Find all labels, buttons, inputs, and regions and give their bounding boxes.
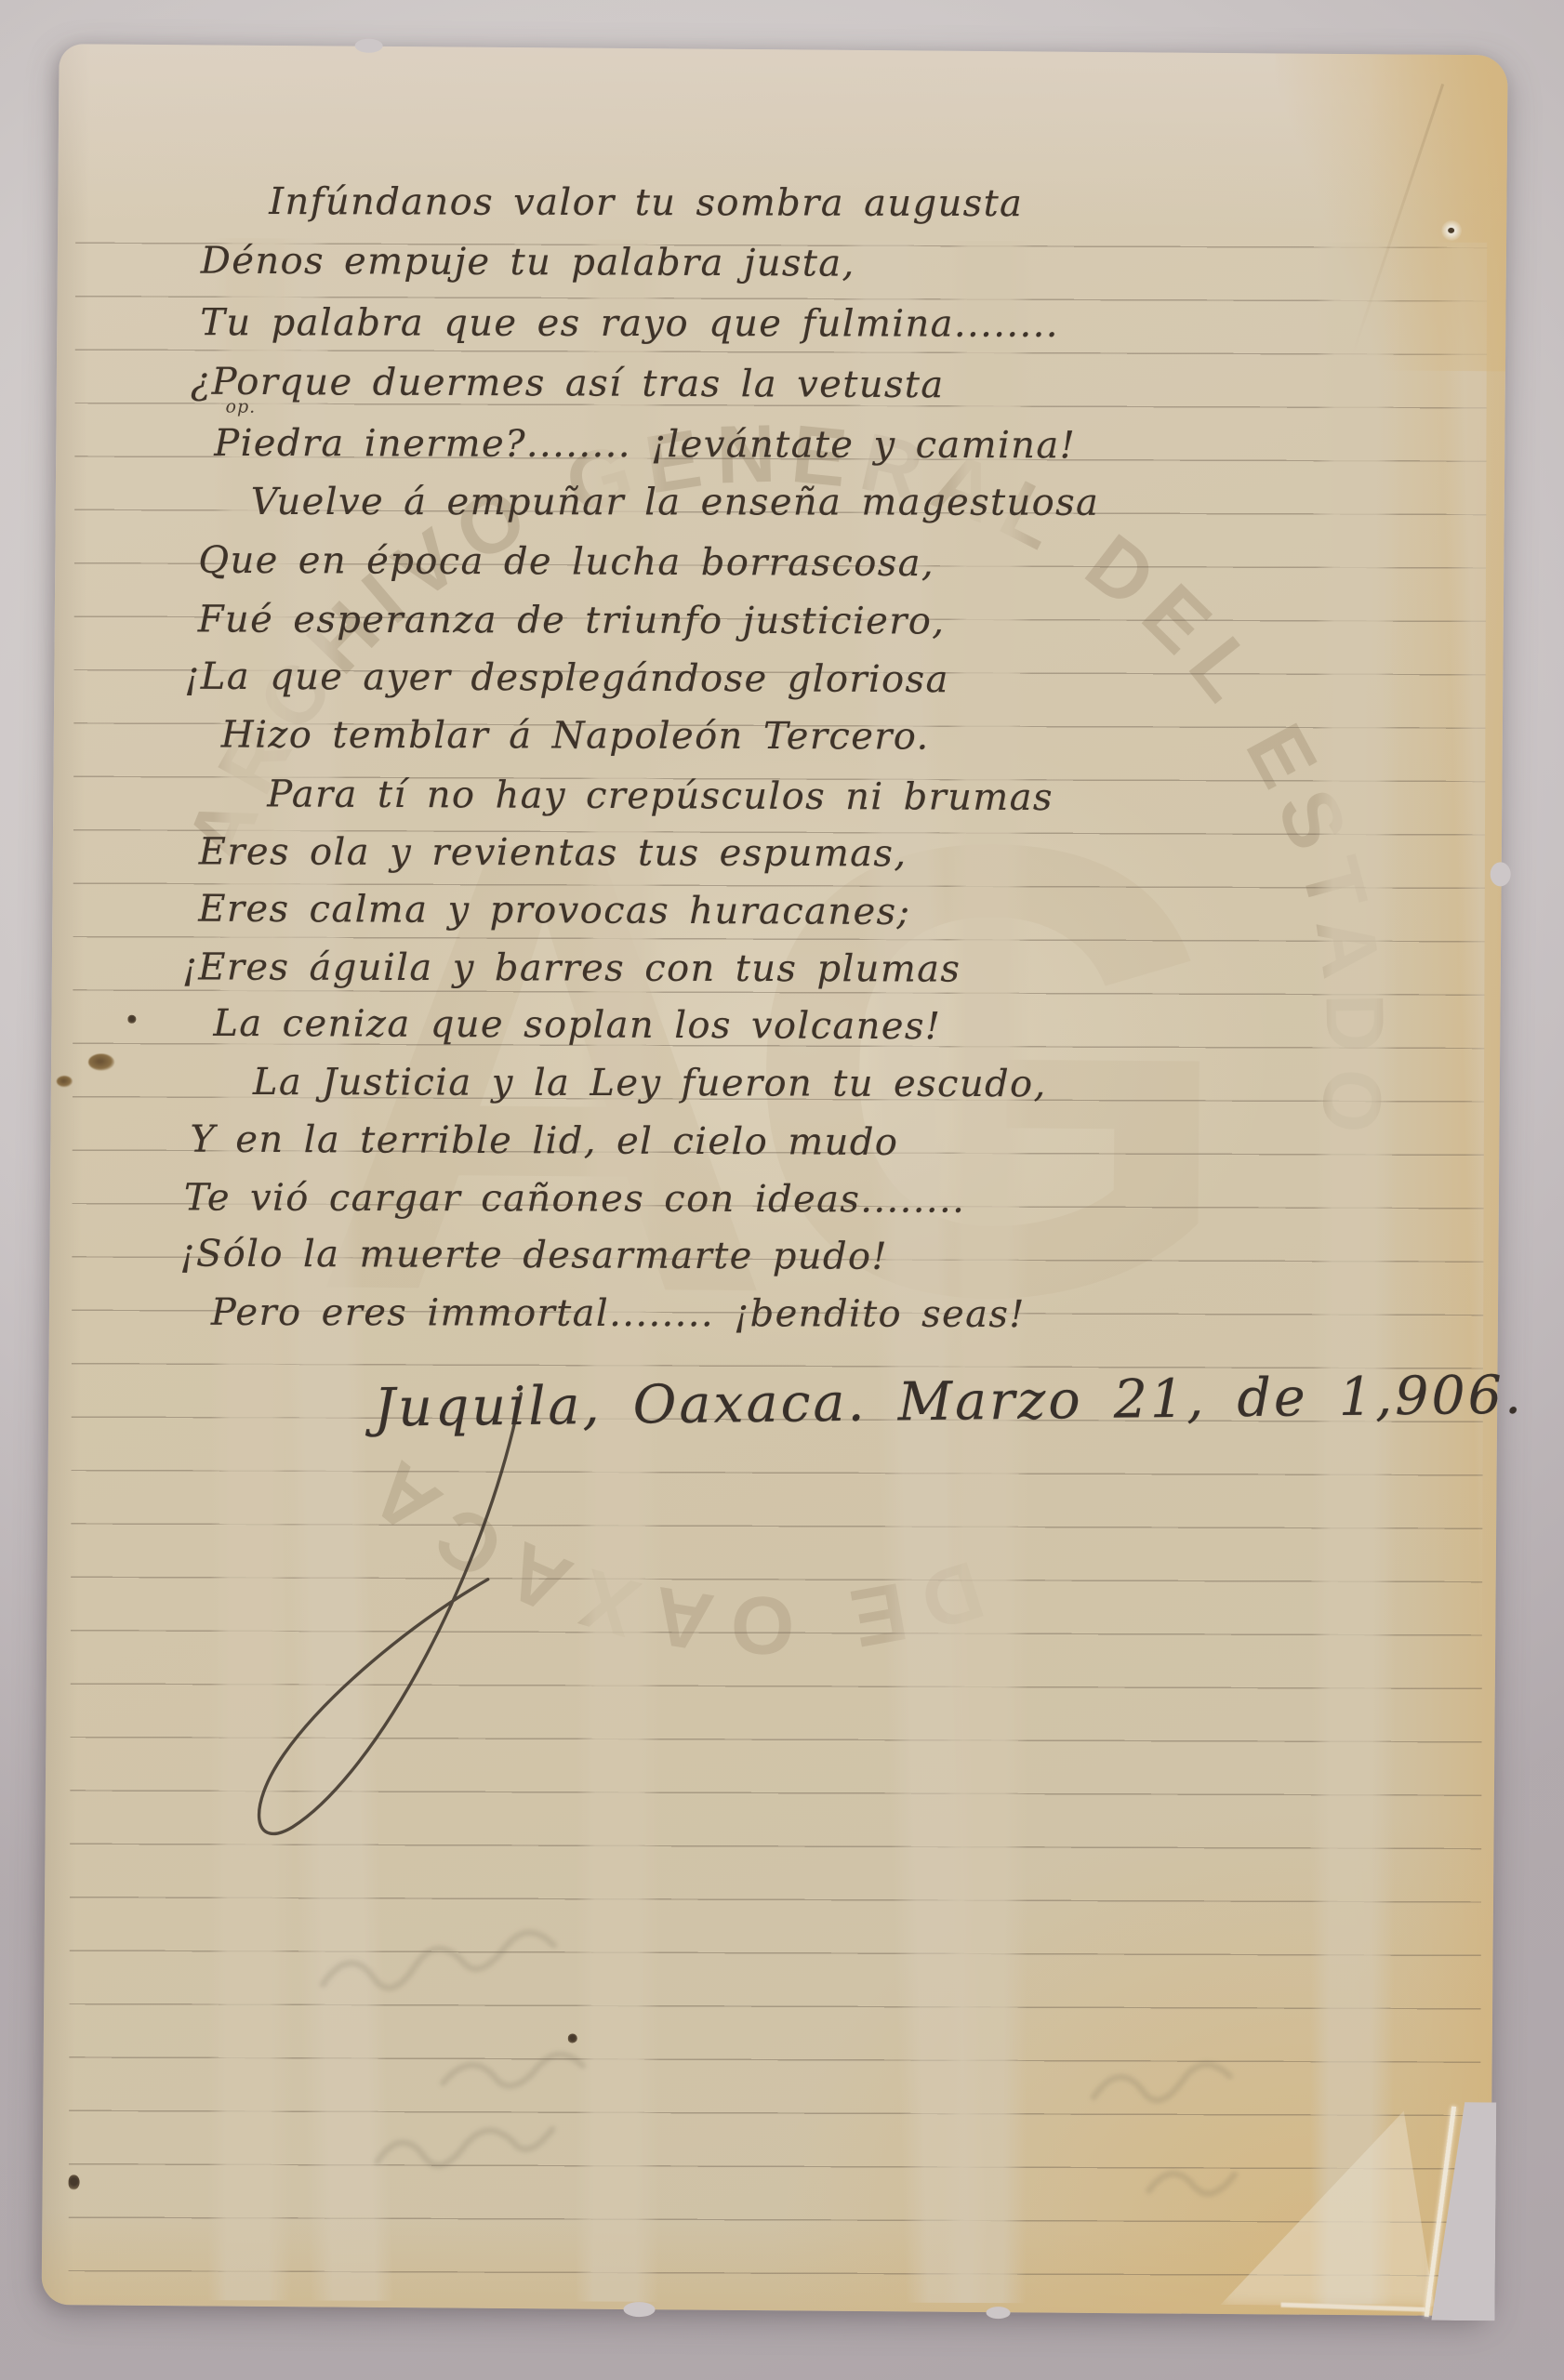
interlinear-correction: op. bbox=[226, 397, 257, 417]
photo-backdrop: { "document": { "kind": "Photographed ha… bbox=[0, 0, 1564, 2380]
poem-line: ¡Eres águila y barres con tus plumas bbox=[182, 945, 961, 990]
poem-line: Dénos empuje tu palabra justa, bbox=[201, 240, 855, 285]
poem-line: Tu palabra que es rayo que fulmina......… bbox=[200, 301, 1059, 346]
edge-notch-right bbox=[1491, 862, 1511, 886]
poem-line: La ceniza que soplan los volcanes! bbox=[213, 1002, 941, 1048]
poem-line: Vuelve á empuñar la enseña magestuosa bbox=[251, 481, 1100, 524]
aged-corner-top-right bbox=[1273, 53, 1508, 371]
edge-notch-top bbox=[355, 39, 383, 53]
poem-line: Fué esperanza de triunfo justiciero, bbox=[198, 598, 946, 642]
edge-notch-bottom-2 bbox=[986, 2307, 1010, 2319]
poem-line: Te vió cargar cañones con ideas........ bbox=[184, 1176, 965, 1221]
poem-line: Piedra inerme?........ ¡levántate y cami… bbox=[214, 422, 1076, 467]
poem-line: Infúndanos valor tu sombra augusta bbox=[269, 180, 1023, 225]
ink-stain bbox=[88, 1053, 114, 1070]
poem-line: La Justicia y la Ley fueron tu escudo, bbox=[253, 1061, 1047, 1105]
poem-line: Eres calma y provocas huracanes; bbox=[198, 888, 910, 933]
poem-line: Eres ola y revientas tus espumas, bbox=[199, 830, 908, 875]
poem-line: Que en época de lucha borrascosa, bbox=[198, 539, 934, 585]
poem-line: ¿Porque duermes así tras la vetusta bbox=[191, 361, 945, 407]
poem-line: Y en la terrible lid, el cielo mudo bbox=[190, 1118, 898, 1164]
manuscript-page: ARCHIVO GENERAL DEL ESTADO DE OAXACA AG bbox=[42, 44, 1508, 2316]
ink-stain bbox=[57, 1076, 73, 1087]
poem-line: Hizo temblar á Napoleón Tercero. bbox=[221, 714, 930, 759]
punch-hole bbox=[1441, 220, 1462, 241]
dateline: Juquila, Oaxaca. Marzo 21, de 1,906. bbox=[374, 1365, 1525, 1439]
edge-notch-bottom bbox=[623, 2302, 655, 2317]
poem-line: ¡Sólo la muerte desarmarte pudo! bbox=[179, 1233, 888, 1278]
poem-line: ¡La que ayer desplegándose gloriosa bbox=[184, 655, 949, 702]
poem-line: Pero eres immortal........ ¡bendito seas… bbox=[211, 1291, 1026, 1336]
poem-line: Para tí no hay crepúsculos ni brumas bbox=[267, 773, 1054, 819]
